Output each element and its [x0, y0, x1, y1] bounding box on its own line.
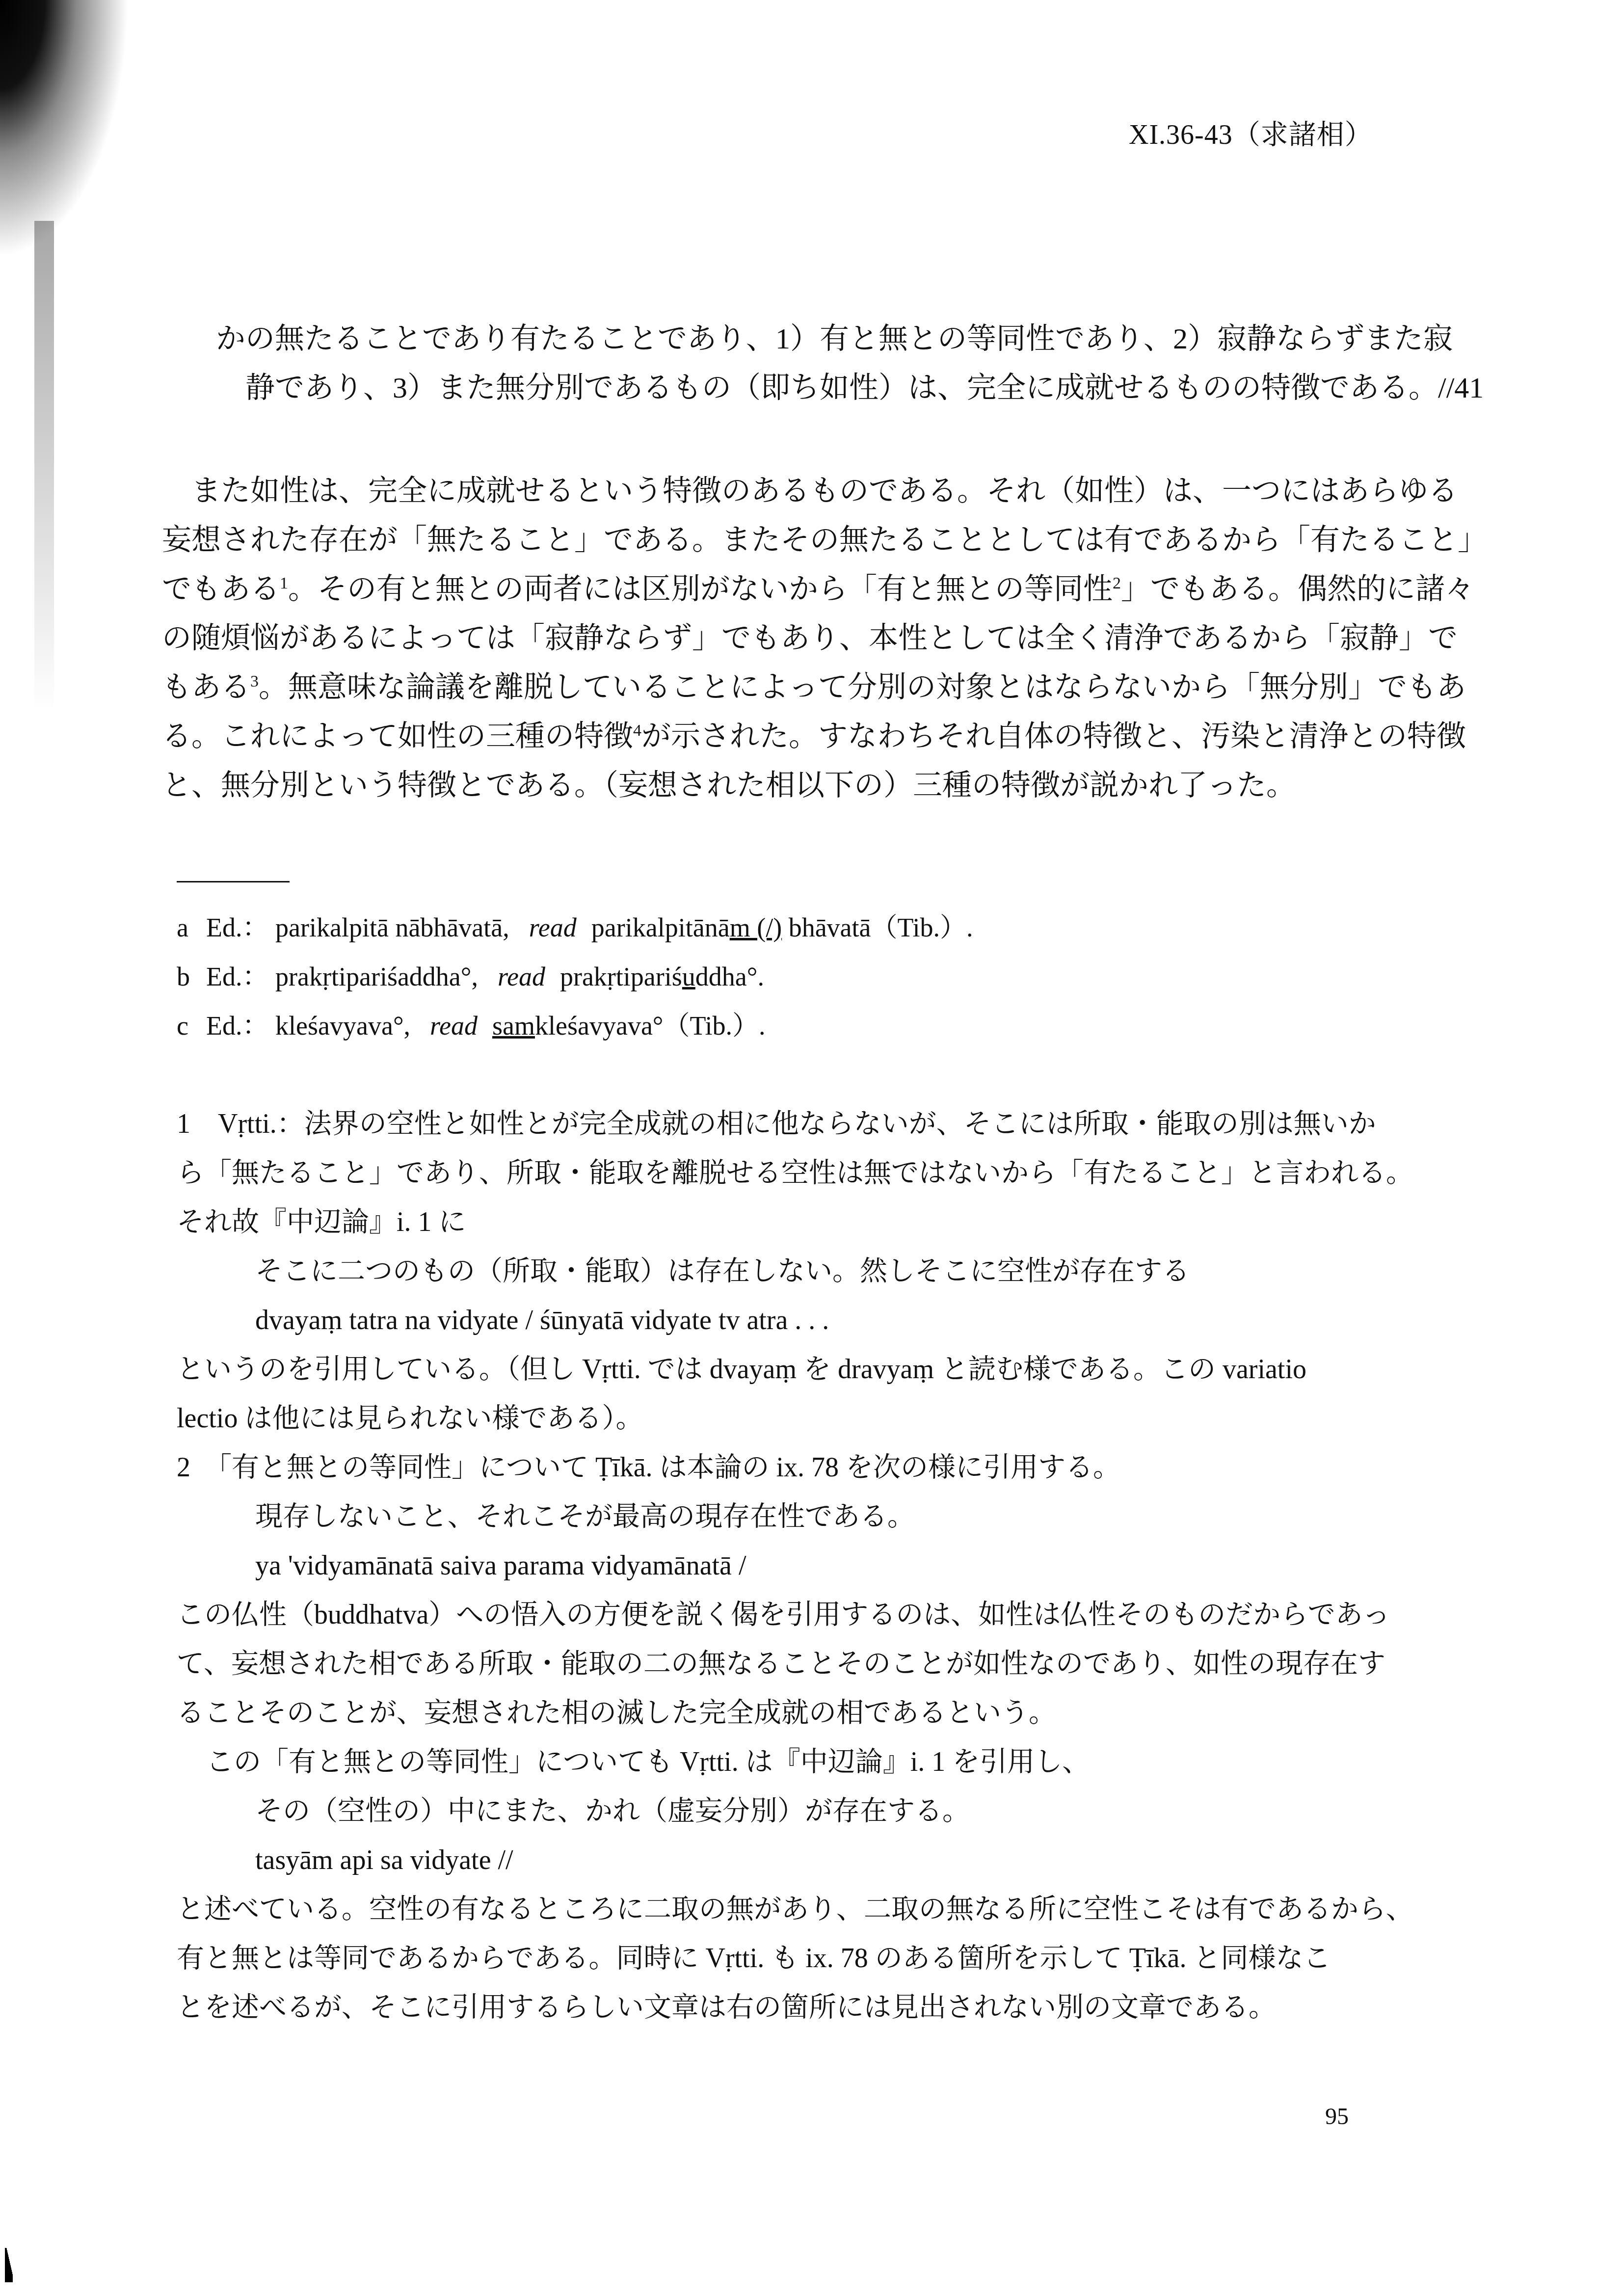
- corrected-reading: ddha°.: [695, 962, 764, 991]
- scan-shadow-top-left: [0, 0, 128, 736]
- body-line: もある3。無意味な論議を離脱していることによって分別の対象とはならないから「無分…: [162, 663, 1487, 712]
- quoted-verse-sanskrit: ya 'vidyamānatā saiva parama vidyamānatā…: [177, 1541, 1413, 1590]
- text-run: でもある: [162, 573, 280, 605]
- footnote-line: 2 「有と無との等同性」について Ṭīkā. は本論の ix. 78 を次の様に…: [177, 1443, 1413, 1492]
- quoted-verse-translation: そこに二つのもの（所取・能取）は存在しない。然しそこに空性が存在する: [177, 1247, 1413, 1296]
- edition-reading: prakṛtipariśaddha°,: [275, 962, 478, 991]
- footnote-line: lectio は他には見られない様である）。: [177, 1394, 1413, 1443]
- text-run: 。無意味な論議を離脱していることによって分別の対象とはならないから「無分別」でも…: [259, 671, 1466, 703]
- body-line: また如性は、完全に成就せるという特徴のあるものである。それ（如性）は、一つにはあ…: [162, 466, 1487, 515]
- textual-note-b: bEd.： prakṛtipariśaddha°,readprakṛtipari…: [177, 952, 973, 1001]
- footnote-line: 有と無とは等同であるからである。同時に Vṛtti. も ix. 78 のある箇…: [177, 1934, 1413, 1983]
- body-line: の随煩悩があるによっては「寂静ならず」でもあり、本性としては全く清浄であるから「…: [162, 614, 1487, 663]
- footnote-separator: [177, 881, 290, 882]
- commentary-paragraph: また如性は、完全に成就せるという特徴のあるものである。それ（如性）は、一つにはあ…: [162, 466, 1487, 810]
- body-line: る。これによって如性の三種の特徴4が示された。すなわちそれ自体の特徴と、汚染と清…: [162, 712, 1487, 761]
- edition-reading: parikalpitā nābhāvatā,: [275, 913, 509, 942]
- footnote-line: それ故『中辺論』i. 1 に: [177, 1198, 1413, 1247]
- footnote-line: この「有と無との等同性」についても Vṛtti. は『中辺論』i. 1 を引用し…: [177, 1737, 1413, 1787]
- text-run: もある: [162, 671, 250, 703]
- note-mark: a: [177, 903, 206, 952]
- edition-label: Ed.：: [206, 1001, 269, 1050]
- edition-label: Ed.：: [206, 903, 269, 952]
- quoted-verse-sanskrit: dvayaṃ tatra na vidyate / śūnyatā vidyat…: [177, 1296, 1413, 1345]
- verse-block: かの無たることであり有たることであり、1）有と無との等同性であり、2）寂静ならず…: [216, 314, 1484, 412]
- footnote-line: ら「無たること」であり、所取・能取を離脱せる空性は無ではないから「有たること」と…: [177, 1148, 1413, 1198]
- quoted-verse-translation: 現存しないこと、それこそが最高の現存在性である。: [177, 1492, 1413, 1541]
- edition-reading: kleśavyava°,: [275, 1011, 410, 1041]
- corrected-reading: parikalpitānā: [591, 913, 730, 942]
- note-mark: b: [177, 952, 206, 1001]
- text-run: 」でもある。偶然的に諸々: [1121, 573, 1474, 605]
- footnote-line: 1 Vṛtti.：法界の空性と如性とが完全成就の相に他ならないが、そこには所取・…: [177, 1099, 1413, 1148]
- running-head: XI.36-43（求諸相）: [1129, 113, 1373, 152]
- text-run: る。これによって如性の三種の特徴: [162, 720, 633, 752]
- emended-part: sam: [492, 1011, 535, 1041]
- quoted-verse-translation: その（空性の）中にまた、かれ（虚妄分別）が存在する。: [177, 1787, 1413, 1836]
- page-number: 95: [1325, 2103, 1349, 2130]
- verse-line: かの無たることであり有たることであり、1）有と無との等同性であり、2）寂静ならず…: [216, 314, 1484, 363]
- body-line: でもある1。その有と無との両者には区別がないから「有と無との等同性2」でもある。…: [162, 564, 1487, 614]
- scan-shadow-left: [34, 221, 54, 712]
- textual-note-c: cEd.： kleśavyava°,readsamkleśavyava°（Tib…: [177, 1001, 973, 1050]
- footnote-line: というのを引用している。（但し Vṛtti. では dvayaṃ を dravy…: [177, 1345, 1413, 1394]
- edition-label: Ed.：: [206, 952, 269, 1001]
- text-run: 。その有と無との両者には区別がないから「有と無との等同性: [288, 573, 1113, 605]
- textual-notes: aEd.： parikalpitā nābhāvatā,readparikalp…: [177, 903, 973, 1050]
- footnote-line: と述べている。空性の有なるところに二取の無があり、二取の無なる所に空性こそは有で…: [177, 1885, 1413, 1934]
- footnote-ref-1[interactable]: 1: [280, 574, 288, 592]
- footnote-line: ることそのことが、妄想された相の滅した完全成就の相であるという。: [177, 1688, 1413, 1737]
- read-label: read: [529, 913, 577, 942]
- read-label: read: [498, 962, 545, 991]
- footnote-ref-3[interactable]: 3: [250, 672, 259, 691]
- textual-note-a: aEd.： parikalpitā nābhāvatā,readparikalp…: [177, 903, 973, 952]
- emended-part: u: [682, 962, 695, 991]
- note-mark: c: [177, 1001, 206, 1050]
- verse-line: 静であり、3）また無分別であるもの（即ち如性）は、完全に成就せるものの特徴である…: [216, 363, 1484, 412]
- footnote-ref-2[interactable]: 2: [1113, 574, 1121, 592]
- footnote-ref-4[interactable]: 4: [633, 721, 641, 740]
- body-line: と、無分別という特徴とである。（妄想された相以下の）三種の特徴が説かれ了った。: [162, 761, 1487, 810]
- scan-shadow-bottom-left: [5, 2248, 13, 2282]
- corrected-reading: bhāvatā（Tib.）.: [782, 913, 973, 942]
- read-label: read: [430, 1011, 478, 1041]
- quoted-verse-sanskrit: tasyām api sa vidyate //: [177, 1836, 1413, 1885]
- footnote-line: とを述べるが、そこに引用するらしい文章は右の箇所には見出されない別の文章である。: [177, 1983, 1413, 2032]
- footnotes: 1 Vṛtti.：法界の空性と如性とが完全成就の相に他ならないが、そこには所取・…: [177, 1099, 1413, 2032]
- corrected-reading: prakṛtipariś: [560, 962, 682, 991]
- body-line: 妄想された存在が「無たること」である。またその無たることとしては有であるから「有…: [162, 515, 1487, 564]
- text-run: が示された。すなわちそれ自体の特徴と、汚染と清浄との特徴: [641, 720, 1466, 752]
- footnote-line: この仏性（buddhatva）への悟入の方便を説く偈を引用するのは、如性は仏性そ…: [177, 1590, 1413, 1639]
- corrected-reading: kleśavyava°（Tib.）.: [535, 1011, 766, 1041]
- footnote-line: て、妄想された相である所取・能取の二の無なることそのことが如性なのであり、如性の…: [177, 1639, 1413, 1688]
- emended-part: m (/): [730, 913, 782, 942]
